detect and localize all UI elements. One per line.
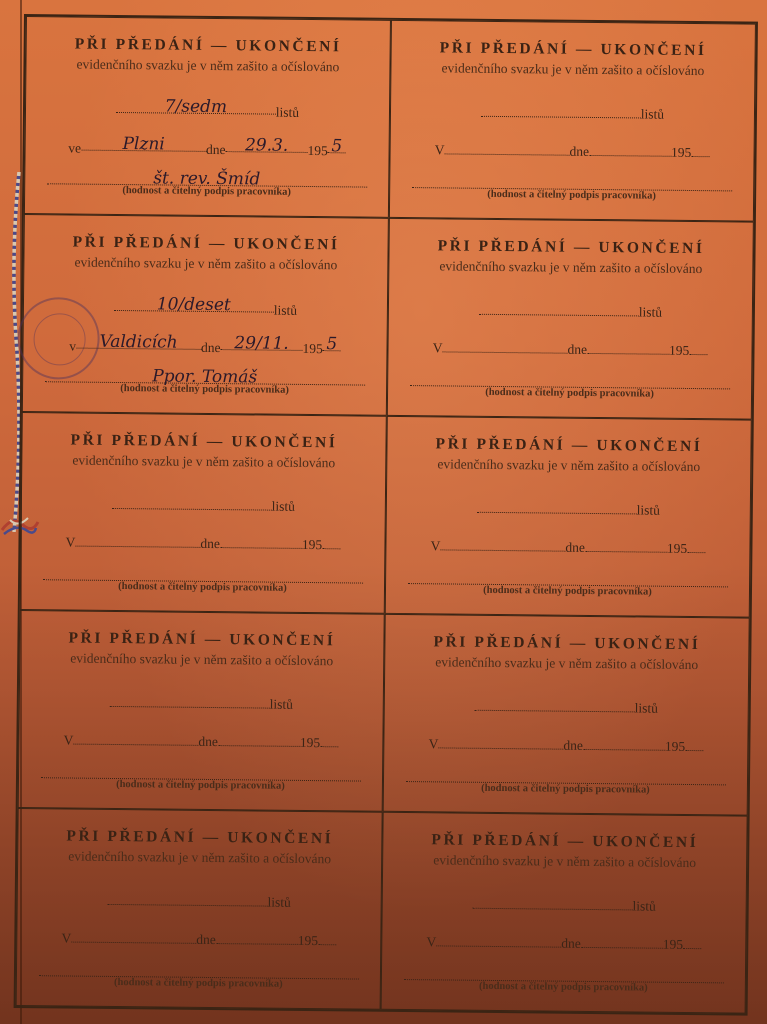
year-prefix: 195 xyxy=(298,933,318,948)
day-field[interactable] xyxy=(587,341,669,355)
leaves-label: listů xyxy=(639,304,662,319)
day-field[interactable]: 29/11. xyxy=(220,337,302,351)
place-prefix: V xyxy=(433,340,443,355)
place-field[interactable] xyxy=(436,933,561,947)
form-title: PŘI PŘEDÁNÍ — UKONČENÍ xyxy=(392,39,755,61)
form-subtitle: evidenčního svazku je v něm zašito a očí… xyxy=(20,650,383,670)
year-field[interactable] xyxy=(689,342,707,355)
date-label: dne xyxy=(206,142,226,157)
place-field[interactable] xyxy=(445,141,570,155)
leaves-field[interactable] xyxy=(473,896,633,911)
place-field[interactable] xyxy=(75,534,200,548)
handover-form-cell: PŘI PŘEDÁNÍ — UKONČENÍ evidenčního svazk… xyxy=(389,20,756,222)
place-date-line: Vdne195 xyxy=(384,735,747,756)
year-handwritten: 5 xyxy=(326,334,337,354)
leaves-label: listů xyxy=(267,895,290,910)
form-grid: PŘI PŘEDÁNÍ — UKONČENÍ evidenčního svazk… xyxy=(14,14,758,1016)
year-field[interactable] xyxy=(685,738,703,751)
day-handwritten: 29.3. xyxy=(245,135,288,155)
place-prefix: V xyxy=(66,534,76,549)
year-prefix: 195 xyxy=(308,143,328,158)
place-handwritten: Plzni xyxy=(122,134,164,154)
date-label: dne xyxy=(196,932,216,947)
leaves-label: listů xyxy=(274,303,297,318)
year-field[interactable]: 5 xyxy=(323,338,341,351)
form-subtitle: evidenčního svazku je v něm zašito a očí… xyxy=(18,848,381,868)
year-prefix: 195 xyxy=(669,343,689,358)
date-label: dne xyxy=(567,342,587,357)
leaves-line: 7/sedmlistů xyxy=(26,99,389,122)
day-field[interactable] xyxy=(220,535,302,549)
place-date-line: vePlznidne29.3.1955 xyxy=(26,137,389,160)
leaves-line: listů xyxy=(20,693,383,714)
handover-form-cell: PŘI PŘEDÁNÍ — UKONČENÍ evidenčního svazk… xyxy=(383,614,750,816)
form-title: PŘI PŘEDÁNÍ — UKONČENÍ xyxy=(389,237,752,259)
leaves-line: listů xyxy=(22,495,385,516)
form-subtitle: evidenčního svazku je v něm zašito a očí… xyxy=(26,56,389,76)
form-title: PŘI PŘEDÁNÍ — UKONČENÍ xyxy=(27,35,390,57)
date-label: dne xyxy=(201,340,221,355)
place-date-line: Vdne195 xyxy=(386,537,749,558)
leaves-field[interactable] xyxy=(481,104,641,119)
leaves-field[interactable] xyxy=(108,892,268,907)
leaves-label: listů xyxy=(635,700,658,715)
leaves-label: listů xyxy=(637,502,660,517)
form-subtitle: evidenčního svazku je v něm zašito a očí… xyxy=(385,654,748,674)
place-prefix: V xyxy=(64,732,74,747)
year-prefix: 195 xyxy=(663,937,683,952)
year-field[interactable] xyxy=(322,536,340,549)
date-label: dne xyxy=(561,936,581,951)
date-label: dne xyxy=(565,540,585,555)
year-field[interactable]: 5 xyxy=(328,140,346,153)
leaves-label: listů xyxy=(276,105,299,120)
leaves-field[interactable] xyxy=(479,302,639,317)
form-subtitle: evidenčního svazku je v něm zašito a očí… xyxy=(387,456,750,476)
form-subtitle: evidenčního svazku je v něm zašito a očí… xyxy=(22,452,385,472)
place-field[interactable] xyxy=(442,339,567,353)
year-field[interactable] xyxy=(320,734,338,747)
leaves-line: listů xyxy=(385,697,748,718)
day-field[interactable] xyxy=(583,737,665,751)
place-date-line: Vdne195 xyxy=(382,933,745,954)
leaves-line: listů xyxy=(387,499,750,520)
leaves-field[interactable] xyxy=(112,496,272,511)
place-date-line: Vdne195 xyxy=(17,929,380,950)
place-prefix: ve xyxy=(68,140,81,155)
day-field[interactable]: 29.3. xyxy=(226,139,308,153)
handover-form-cell: PŘI PŘEDÁNÍ — UKONČENÍ evidenčního svazk… xyxy=(24,16,391,218)
year-prefix: 195 xyxy=(665,739,685,754)
place-field[interactable]: Valdicích xyxy=(76,336,201,350)
leaves-line: listů xyxy=(18,891,381,912)
year-prefix: 195 xyxy=(671,145,691,160)
form-title: PŘI PŘEDÁNÍ — UKONČENÍ xyxy=(385,633,748,655)
leaves-line: 10/desetlistů xyxy=(24,297,387,320)
leaves-line: listů xyxy=(389,301,752,322)
year-field[interactable] xyxy=(687,540,705,553)
leaves-handwritten: 7/sedm xyxy=(165,96,228,117)
form-subtitle: evidenčního svazku je v něm zašito a očí… xyxy=(391,60,754,80)
leaves-line: listů xyxy=(391,103,754,124)
date-label: dne xyxy=(563,738,583,753)
form-subtitle: evidenčního svazku je v něm zašito a očí… xyxy=(389,258,752,278)
day-field[interactable] xyxy=(581,935,663,949)
leaves-field[interactable] xyxy=(475,698,635,713)
leaves-label: listů xyxy=(270,697,293,712)
place-prefix: V xyxy=(426,934,436,949)
leaves-label: listů xyxy=(641,106,664,121)
place-field[interactable] xyxy=(440,537,565,551)
year-prefix: 195 xyxy=(302,537,322,552)
year-prefix: 195 xyxy=(300,735,320,750)
handover-form-cell: PŘI PŘEDÁNÍ — UKONČENÍ evidenčního svazk… xyxy=(381,812,748,1014)
day-field[interactable] xyxy=(216,931,298,945)
day-field[interactable] xyxy=(589,143,671,157)
leaves-label: listů xyxy=(272,499,295,514)
date-label: dne xyxy=(198,734,218,749)
leaves-line: listů xyxy=(383,895,746,916)
day-field[interactable] xyxy=(218,733,300,747)
document-page: PŘI PŘEDÁNÍ — UKONČENÍ evidenčního svazk… xyxy=(0,0,767,1024)
place-field[interactable] xyxy=(71,930,196,944)
place-prefix: V xyxy=(429,736,439,751)
handover-form-cell: PŘI PŘEDÁNÍ — UKONČENÍ evidenčního svazk… xyxy=(18,610,385,812)
place-date-line: Vdne195 xyxy=(19,731,382,752)
place-prefix: V xyxy=(61,930,71,945)
leaves-field[interactable]: 7/sedm xyxy=(116,100,276,115)
year-field[interactable] xyxy=(318,932,336,945)
form-title: PŘI PŘEDÁNÍ — UKONČENÍ xyxy=(18,827,381,849)
year-prefix: 195 xyxy=(667,541,687,556)
leaves-field[interactable]: 10/deset xyxy=(114,298,274,313)
day-handwritten: 29/11. xyxy=(234,333,289,354)
handover-form-cell: PŘI PŘEDÁNÍ — UKONČENÍ evidenčního svazk… xyxy=(22,214,389,416)
handover-form-cell: PŘI PŘEDÁNÍ — UKONČENÍ evidenčního svazk… xyxy=(387,218,754,420)
place-prefix: V xyxy=(431,538,441,553)
date-label: dne xyxy=(570,144,590,159)
handover-form-cell: PŘI PŘEDÁNÍ — UKONČENÍ evidenčního svazk… xyxy=(20,412,387,614)
year-field[interactable] xyxy=(683,936,701,949)
place-field[interactable] xyxy=(438,735,563,749)
leaves-handwritten: 10/deset xyxy=(157,294,231,315)
place-prefix: V xyxy=(435,142,445,157)
form-title: PŘI PŘEDÁNÍ — UKONČENÍ xyxy=(387,435,750,457)
place-date-line: vValdicíchdne29/11.1955 xyxy=(23,335,386,358)
form-subtitle: evidenčního svazku je v něm zašito a očí… xyxy=(383,852,746,872)
form-title: PŘI PŘEDÁNÍ — UKONČENÍ xyxy=(383,831,746,853)
place-handwritten: Valdicích xyxy=(99,332,177,353)
form-title: PŘI PŘEDÁNÍ — UKONČENÍ xyxy=(20,629,383,651)
form-subtitle: evidenčního svazku je v něm zašito a očí… xyxy=(24,254,387,274)
leaves-field[interactable] xyxy=(110,694,270,709)
leaves-label: listů xyxy=(632,898,655,913)
year-field[interactable] xyxy=(691,144,709,157)
form-title: PŘI PŘEDÁNÍ — UKONČENÍ xyxy=(25,233,388,255)
leaves-field[interactable] xyxy=(477,500,637,515)
place-date-line: Vdne195 xyxy=(391,141,754,162)
place-field[interactable]: Plzni xyxy=(81,138,206,152)
handover-form-cell: PŘI PŘEDÁNÍ — UKONČENÍ evidenčního svazk… xyxy=(16,808,383,1010)
day-field[interactable] xyxy=(585,539,667,553)
form-title: PŘI PŘEDÁNÍ — UKONČENÍ xyxy=(22,431,385,453)
year-handwritten: 5 xyxy=(331,136,342,156)
place-field[interactable] xyxy=(73,732,198,746)
place-date-line: Vdne195 xyxy=(21,533,384,554)
handover-form-cell: PŘI PŘEDÁNÍ — UKONČENÍ evidenčního svazk… xyxy=(385,416,752,618)
date-label: dne xyxy=(200,536,220,551)
place-date-line: Vdne195 xyxy=(388,339,751,360)
year-prefix: 195 xyxy=(302,341,322,356)
